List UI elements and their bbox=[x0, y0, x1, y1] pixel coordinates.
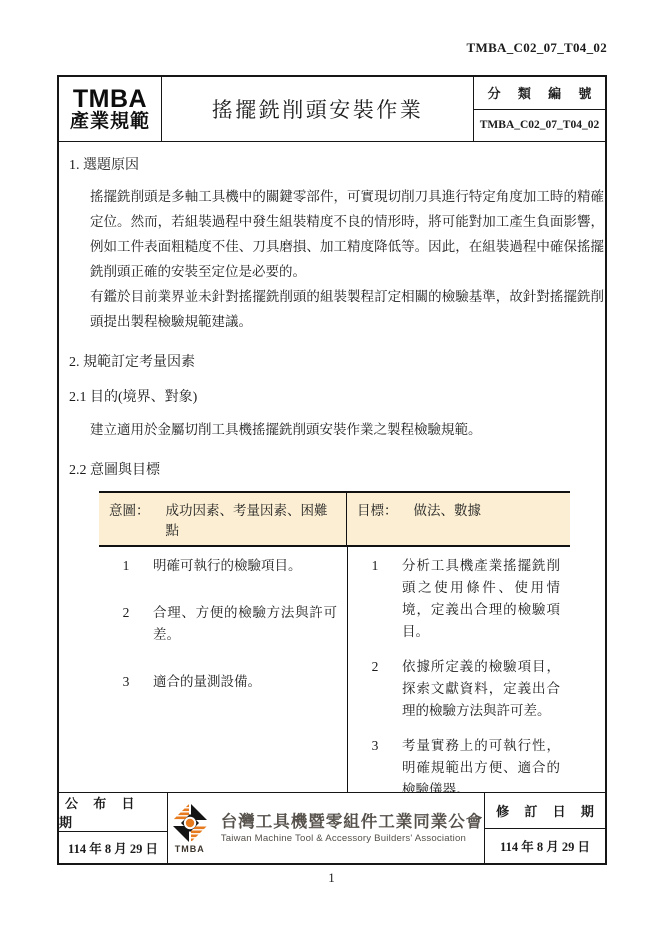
section-2-2-heading: 2.2 意圖與目標 bbox=[69, 459, 597, 479]
publish-date-label: 公 布 日 期 bbox=[59, 793, 167, 832]
document-header: TMBA 產業規範 搖擺銑削頭安裝作業 分 類 編 號 TMBA_C02_07_… bbox=[59, 77, 605, 142]
tmba-standard-logo: TMBA 產業規範 bbox=[59, 77, 162, 141]
classification-label: 分 類 編 號 bbox=[474, 77, 605, 110]
goal-row-2: 2 依據所定義的檢驗項目，探索文獻資料，定義出合理的檢驗方法與許可差。 bbox=[348, 656, 570, 722]
section-1-heading: 1. 選題原因 bbox=[69, 154, 597, 174]
goal-row-3: 3 考量實務上的可執行性，明確規範出方便、適合的檢驗儀器。 bbox=[348, 735, 570, 792]
intent-row-3: 3 適合的量測設備。 bbox=[99, 671, 347, 693]
row-number: 3 bbox=[99, 671, 153, 693]
industry-standard-label: 產業規範 bbox=[70, 111, 150, 132]
tmba-pinwheel-icon bbox=[169, 803, 211, 843]
association-name-zh: 台灣工具機暨零組件工業同業公會 bbox=[221, 812, 484, 832]
section-2-heading: 2. 規範訂定考量因素 bbox=[69, 351, 597, 371]
revision-date-value: 114 年 8 月 29 日 bbox=[485, 829, 605, 864]
intent-row-1: 1 明確可執行的檢驗項目。 bbox=[99, 555, 347, 577]
association-name-en: Taiwan Machine Tool & Accessory Builders… bbox=[221, 832, 484, 845]
goal-column: 1 分析工具機產業搖擺銑削頭之使用條件、使用情境，定義出合理的檢驗項目。 2 依… bbox=[348, 547, 570, 792]
goal-text: 分析工具機產業搖擺銑削頭之使用條件、使用情境，定義出合理的檢驗項目。 bbox=[402, 555, 570, 643]
section-1-paragraph-2: 有鑑於目前業界並未針對搖擺銑削頭的組裝製程訂定相關的檢驗基準，故針對搖擺銑削頭提… bbox=[90, 284, 604, 334]
section-2-1-heading: 2.1 目的(境界、對象) bbox=[69, 386, 597, 406]
intent-text: 適合的量測設備。 bbox=[153, 671, 347, 693]
document-frame: TMBA 產業規範 搖擺銑削頭安裝作業 分 類 編 號 TMBA_C02_07_… bbox=[57, 75, 607, 865]
publish-date-value: 114 年 8 月 29 日 bbox=[59, 832, 167, 863]
section-1-paragraph-1: 搖擺銑削頭是多軸工具機中的關鍵零部件，可實現切削刀具進行特定角度加工時的精確定位… bbox=[90, 184, 604, 284]
intent-goal-table-header: 意圖： 成功因素、考量因素、困難點 目標： 做法、數據 bbox=[99, 493, 570, 547]
page-number: 1 bbox=[0, 870, 663, 886]
intent-label: 意圖： bbox=[109, 499, 150, 539]
intent-column: 1 明確可執行的檢驗項目。 2 合理、方便的檢驗方法與許可差。 3 適合的量測設… bbox=[99, 547, 348, 792]
goal-text: 依據所定義的檢驗項目，探索文獻資料，定義出合理的檢驗方法與許可差。 bbox=[402, 656, 570, 722]
goal-header-cell: 目標： 做法、數據 bbox=[347, 493, 570, 545]
classification-value: TMBA_C02_07_T04_02 bbox=[474, 110, 605, 142]
goal-label: 目標： bbox=[357, 499, 398, 539]
goal-desc: 做法、數據 bbox=[414, 499, 482, 539]
intent-header-cell: 意圖： 成功因素、考量因素、困難點 bbox=[99, 493, 347, 545]
revision-date-box: 修 訂 日 期 114 年 8 月 29 日 bbox=[484, 793, 605, 863]
revision-date-label: 修 訂 日 期 bbox=[485, 793, 605, 829]
goal-row-1: 1 分析工具機產業搖擺銑削頭之使用條件、使用情境，定義出合理的檢驗項目。 bbox=[348, 555, 570, 643]
row-number: 3 bbox=[348, 735, 402, 792]
row-number: 1 bbox=[99, 555, 153, 577]
intent-text: 明確可執行的檢驗項目。 bbox=[153, 555, 347, 577]
tmba-wordmark: TMBA bbox=[73, 87, 147, 111]
tmba-footer-logo: TMBA bbox=[169, 803, 211, 854]
goal-text: 考量實務上的可執行性，明確規範出方便、適合的檢驗儀器。 bbox=[402, 735, 570, 792]
row-number: 2 bbox=[99, 602, 153, 646]
doc-number: TMBA_C02_07_T04_02 bbox=[467, 40, 607, 56]
association-banner: TMBA 台灣工具機暨零組件工業同業公會 Taiwan Machine Tool… bbox=[168, 793, 484, 863]
document-body: 1. 選題原因 搖擺銑削頭是多軸工具機中的關鍵零部件，可實現切削刀具進行特定角度… bbox=[59, 142, 605, 792]
row-number: 2 bbox=[348, 656, 402, 722]
tmba-footer-logo-text: TMBA bbox=[175, 844, 205, 854]
association-name: 台灣工具機暨零組件工業同業公會 Taiwan Machine Tool & Ac… bbox=[221, 812, 484, 845]
document-footer: 公 布 日 期 114 年 8 月 29 日 bbox=[59, 792, 605, 863]
classification-box: 分 類 編 號 TMBA_C02_07_T04_02 bbox=[473, 77, 605, 141]
document-page: TMBA_C02_07_T04_02 TMBA 產業規範 搖擺銑削頭安裝作業 分… bbox=[0, 0, 663, 940]
intent-desc: 成功因素、考量因素、困難點 bbox=[166, 499, 339, 539]
intent-text: 合理、方便的檢驗方法與許可差。 bbox=[153, 602, 347, 646]
publish-date-box: 公 布 日 期 114 年 8 月 29 日 bbox=[59, 793, 168, 863]
intent-goal-table-body: 1 明確可執行的檢驗項目。 2 合理、方便的檢驗方法與許可差。 3 適合的量測設… bbox=[99, 547, 570, 792]
intent-goal-table: 意圖： 成功因素、考量因素、困難點 目標： 做法、數據 1 明確可執行的檢驗項目… bbox=[99, 491, 570, 792]
intent-row-2: 2 合理、方便的檢驗方法與許可差。 bbox=[99, 602, 347, 646]
document-title: 搖擺銑削頭安裝作業 bbox=[162, 77, 473, 141]
row-number: 1 bbox=[348, 555, 402, 643]
section-2-1-paragraph: 建立適用於金屬切削工具機搖擺銑削頭安裝作業之製程檢驗規範。 bbox=[90, 417, 597, 442]
